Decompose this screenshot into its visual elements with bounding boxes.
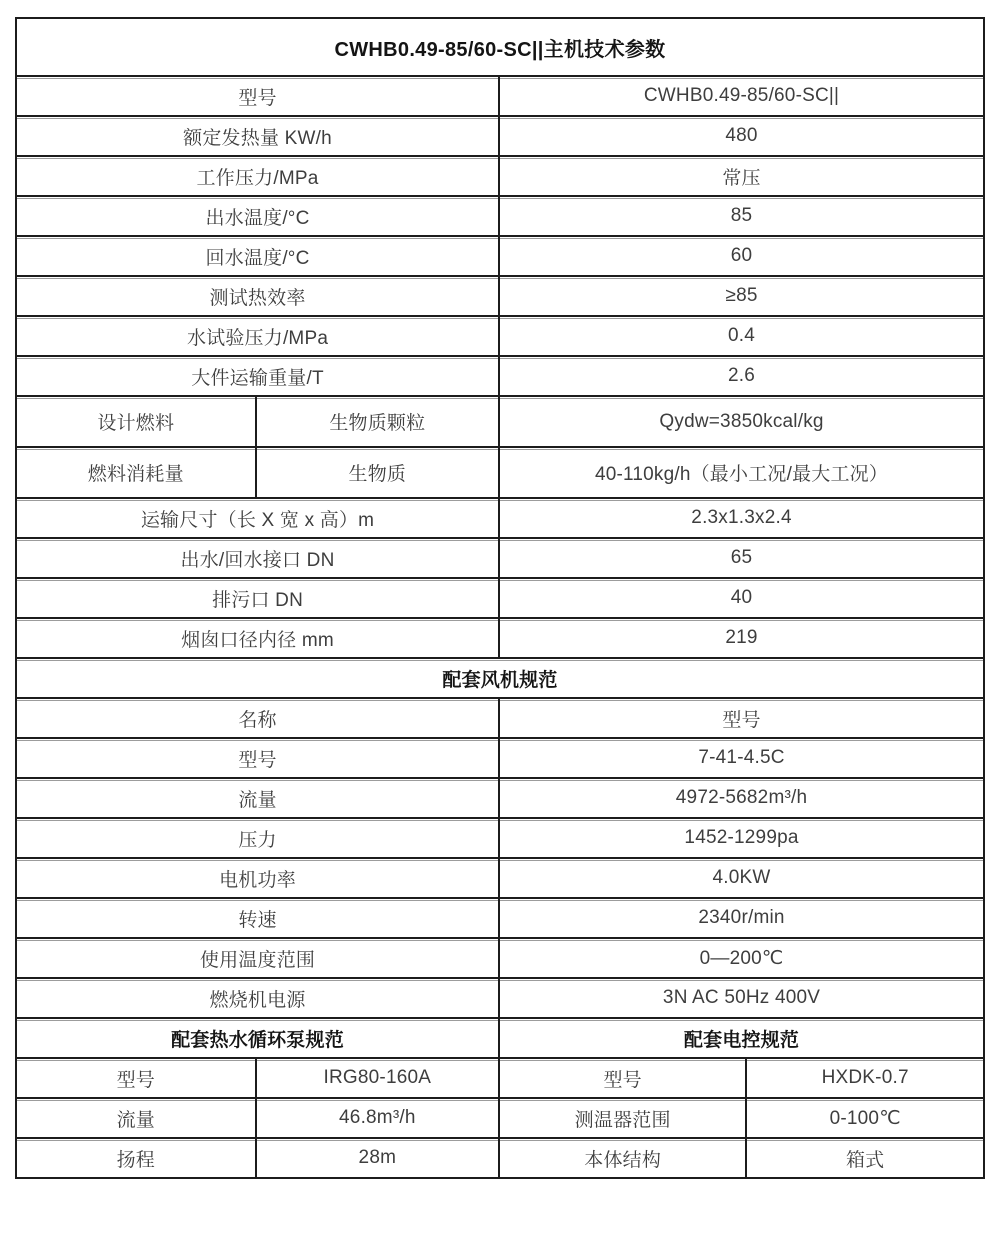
- row-value: 65: [498, 537, 983, 577]
- row-label: 工作压力/MPa: [17, 155, 498, 195]
- row-value: 箱式: [745, 1137, 983, 1177]
- row-value: 0.4: [498, 315, 983, 355]
- row-label: 设计燃料: [17, 395, 255, 446]
- row-label: 排污口 DN: [17, 577, 498, 617]
- spec-table-body: CWHB0.49-85/60-SC||主机技术参数型号CWHB0.49-85/6…: [17, 19, 983, 1177]
- row-label: 电机功率: [17, 857, 498, 897]
- row-label: 测温器范围: [498, 1097, 745, 1137]
- section-header: 配套热水循环泵规范: [17, 1017, 498, 1057]
- row-label: 生物质: [255, 446, 498, 497]
- row-label: 回水温度/°C: [17, 235, 498, 275]
- row-label: 测试热效率: [17, 275, 498, 315]
- row-value: 60: [498, 235, 983, 275]
- row-value: 4972-5682m³/h: [498, 777, 983, 817]
- row-label: 运输尺寸（长 X 宽 x 高）m: [17, 497, 498, 537]
- row-value: CWHB0.49-85/60-SC||: [498, 75, 983, 115]
- section-header: 配套风机规范: [17, 657, 983, 697]
- row-label: 生物质颗粒: [255, 395, 498, 446]
- row-label: 大件运输重量/T: [17, 355, 498, 395]
- row-label: 流量: [17, 777, 498, 817]
- row-value: 常压: [498, 155, 983, 195]
- row-value: 4.0KW: [498, 857, 983, 897]
- row-label: 额定发热量 KW/h: [17, 115, 498, 155]
- row-label: 流量: [17, 1097, 255, 1137]
- row-value: 85: [498, 195, 983, 235]
- row-label: 本体结构: [498, 1137, 745, 1177]
- section-header: 配套电控规范: [498, 1017, 983, 1057]
- row-label: 型号: [17, 75, 498, 115]
- row-value: ≥85: [498, 275, 983, 315]
- row-value: 0—200℃: [498, 937, 983, 977]
- row-value: 7-41-4.5C: [498, 737, 983, 777]
- spec-table: CWHB0.49-85/60-SC||主机技术参数型号CWHB0.49-85/6…: [15, 17, 985, 1179]
- row-label: 烟囱口径内径 mm: [17, 617, 498, 657]
- row-label: 名称: [17, 697, 498, 737]
- row-label: 压力: [17, 817, 498, 857]
- row-value: 1452-1299pa: [498, 817, 983, 857]
- row-value: 219: [498, 617, 983, 657]
- row-value: 46.8m³/h: [255, 1097, 498, 1137]
- row-value: 2.6: [498, 355, 983, 395]
- row-label: 水试验压力/MPa: [17, 315, 498, 355]
- row-label: 转速: [17, 897, 498, 937]
- row-value: 型号: [498, 697, 983, 737]
- row-value: 2.3x1.3x2.4: [498, 497, 983, 537]
- row-value: 0-100℃: [745, 1097, 983, 1137]
- row-value: HXDK-0.7: [745, 1057, 983, 1097]
- row-label: 型号: [498, 1057, 745, 1097]
- row-value: Qydw=3850kcal/kg: [498, 395, 983, 446]
- row-label: 型号: [17, 737, 498, 777]
- row-label: 燃烧机电源: [17, 977, 498, 1017]
- row-value: 480: [498, 115, 983, 155]
- table-title: CWHB0.49-85/60-SC||主机技术参数: [17, 19, 983, 75]
- row-value: 40-110kg/h（最小工况/最大工况）: [498, 446, 983, 497]
- spec-sheet-page: CWHB0.49-85/60-SC||主机技术参数型号CWHB0.49-85/6…: [0, 0, 1000, 1257]
- row-label: 出水/回水接口 DN: [17, 537, 498, 577]
- row-label: 扬程: [17, 1137, 255, 1177]
- row-value: 28m: [255, 1137, 498, 1177]
- row-label: 型号: [17, 1057, 255, 1097]
- row-label: 出水温度/°C: [17, 195, 498, 235]
- row-value: 3N AC 50Hz 400V: [498, 977, 983, 1017]
- row-value: 40: [498, 577, 983, 617]
- row-value: IRG80-160A: [255, 1057, 498, 1097]
- row-label: 使用温度范围: [17, 937, 498, 977]
- row-value: 2340r/min: [498, 897, 983, 937]
- row-label: 燃料消耗量: [17, 446, 255, 497]
